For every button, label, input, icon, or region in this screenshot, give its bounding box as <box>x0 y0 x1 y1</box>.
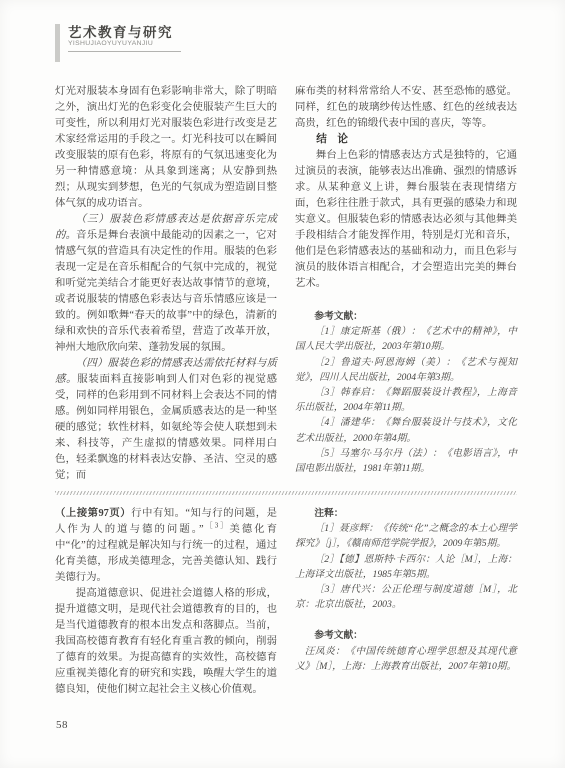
notes-heading: 注释： <box>295 506 517 521</box>
paragraph-material-section-body: 服装面料直接影响到人们对色彩的视觉感受，同样的色彩用到不同材料上会表达不同的情感… <box>55 374 277 481</box>
header-text-block: 艺术教育与研究 YISHUJIAOYUYUYANJIU <box>68 23 181 52</box>
note-item: ［2］【德】恩斯特·卡西尔：人论［M］，上海：上海译文出版社，1985年第5期。 <box>295 552 517 582</box>
paragraph-material-section: （四）服装色彩的情感表达需依托材料与质感。服装面料直接影响到人们对色彩的视觉感受… <box>55 356 277 484</box>
reference-item: ［3］韩春启：《舞蹈服装设计教程》，上海音乐出版社，2004年第11期。 <box>295 385 517 415</box>
paragraph-music-section: （三）服装色彩情感表达是依据音乐完成的。音乐是舞台表演中最能动的因素之一，它对情… <box>55 212 277 356</box>
note-item: ［3］唐代兴：公正伦理与制度道德［M］，北京：北京出版社，2003。 <box>295 582 517 612</box>
reference-item: 汪凤炎：《中国传统德育心理学思想及其现代意义》［M］，上海：上海教育出版社，20… <box>295 644 517 674</box>
journal-title-pinyin: YISHUJIAOYUYUYANJIU <box>68 40 173 48</box>
continued-from-label: （上接第97页） <box>55 508 131 519</box>
references-heading: 参考文献： <box>295 628 517 643</box>
article1-references: 参考文献： ［1］康定斯基（俄）：《艺术中的精神》，中国人民大学出版社，2003… <box>295 309 517 476</box>
references-heading: 参考文献： <box>295 309 517 324</box>
reference-item: ［5］马塞尔·马尔丹（法）：《电影语言》，中国电影出版社，1981年第11期。 <box>295 446 517 476</box>
article1-columns: 灯光对服装本身固有色彩影响非常大，除了明暗之外，演出灯光的色彩变化会使服装产生巨… <box>55 84 517 484</box>
note-reference-3: ［3］ <box>204 522 230 530</box>
header-accent-bar <box>55 24 60 62</box>
article2-left-column: （上接第97页）行中有知。“知与行的问题，是人作为人的道与德的问题。”［3］美德… <box>55 506 277 698</box>
note-item: ［1］聂彦辉：《传统“化”之概念的本土心理学探究》［j］，《赣南师范学院学报》，… <box>295 521 517 551</box>
article2-notes: 注释： ［1］聂彦辉：《传统“化”之概念的本土心理学探究》［j］，《赣南师范学院… <box>295 506 517 612</box>
journal-header: 艺术教育与研究 YISHUJIAOYUYUYANJIU <box>55 23 181 52</box>
paragraph-moral-education: 提高道德意识、促进社会道德人格的形成，提升道德文明，是现代社会道德教育的目的，也… <box>55 586 277 698</box>
conclusion-heading: 结 论 <box>295 132 517 148</box>
paragraph-lighting-effect: 灯光对服装本身固有色彩影响非常大，除了明暗之外，演出灯光的色彩变化会使服装产生巨… <box>55 84 277 212</box>
section-divider <box>55 491 517 495</box>
reference-item: ［4］潘建华：《舞台服装设计与技术》，文化艺术出版社，2000年第4期。 <box>295 415 517 445</box>
journal-page: 艺术教育与研究 YISHUJIAOYUYUYANJIU 灯光对服装本身固有色彩影… <box>0 0 565 768</box>
article2-right-column: 注释： ［1］聂彦辉：《传统“化”之概念的本土心理学探究》［j］，《赣南师范学院… <box>295 506 517 698</box>
journal-title: 艺术教育与研究 <box>68 25 173 40</box>
paragraph-conclusion: 舞台上色彩的情感表达方式是独特的，它通过演员的表演，能够表达出准确、强烈的情感诉… <box>295 148 517 292</box>
reference-item: ［2］鲁道夫·阿恩海姆（美）：《艺术与视知觉》，四川人民出版社，2004年第3期… <box>295 355 517 385</box>
article2-columns: （上接第97页）行中有知。“知与行的问题，是人作为人的道与德的问题。”［3］美德… <box>55 506 517 698</box>
paragraph-continued-from-p97: （上接第97页）行中有知。“知与行的问题，是人作为人的道与德的问题。”［3］美德… <box>55 506 277 586</box>
article1-left-column: 灯光对服装本身固有色彩影响非常大，除了明暗之外，演出灯光的色彩变化会使服装产生巨… <box>55 84 277 484</box>
page-number: 58 <box>56 719 68 731</box>
paragraph-music-section-body: 音乐是舞台表演中最能动的因素之一，它对情感气氛的营造具有决定性的作用。服装的色彩… <box>55 230 277 353</box>
paragraph-material-continued: 麻布类的材料常常给人不安、甚至恐怖的感觉。同样，红色的玻璃纱传达性感、红色的丝绒… <box>295 84 517 132</box>
article1-right-column: 麻布类的材料常常给人不安、甚至恐怖的感觉。同样，红色的玻璃纱传达性感、红色的丝绒… <box>295 84 517 484</box>
reference-item: ［1］康定斯基（俄）：《艺术中的精神》，中国人民大学出版社，2003年第10期。 <box>295 324 517 354</box>
article2-references: 参考文献： 汪凤炎：《中国传统德育心理学思想及其现代意义》［M］，上海：上海教育… <box>295 628 517 674</box>
